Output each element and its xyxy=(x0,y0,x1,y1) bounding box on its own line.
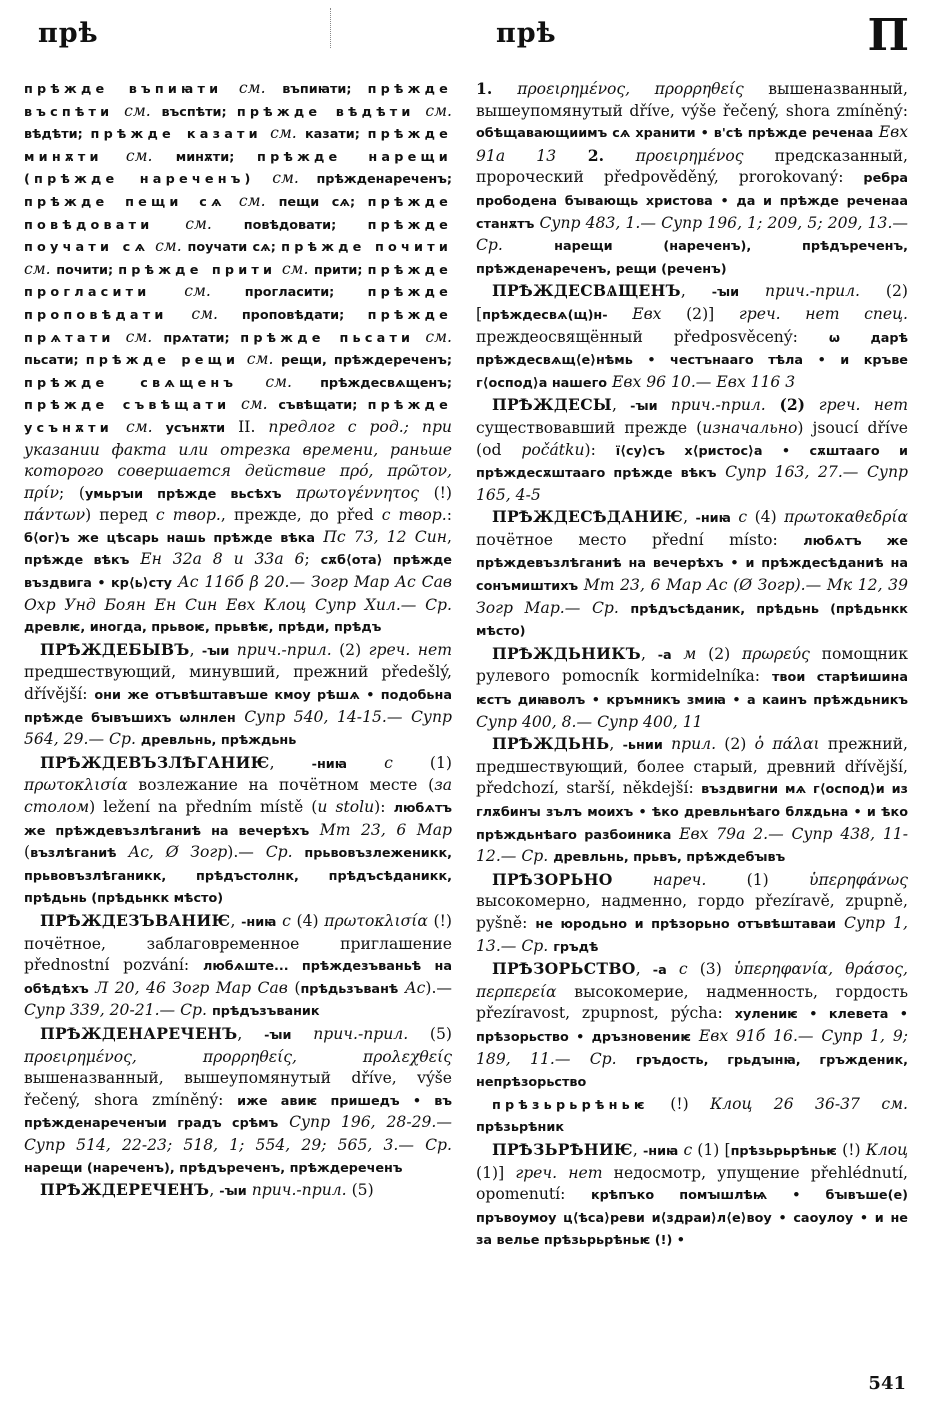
entry-text: -ниꙗ xyxy=(643,1144,678,1159)
entry-text: 1. xyxy=(476,79,517,98)
entry-text: см. xyxy=(153,215,243,233)
entry-text: II. xyxy=(225,418,268,436)
entry-text: см. xyxy=(24,260,56,278)
dictionary-entry: ПРѢЗЬРѢНИѤ, -ниꙗ с (1) [прѣзьрьрѣньѥ (!)… xyxy=(476,1139,908,1252)
entry-text: (1) [ xyxy=(692,1141,730,1159)
entry-text: (!) xyxy=(837,1141,866,1159)
entry-text: см. xyxy=(113,102,161,120)
entry-text: Супр 339, 20-21.— Ср. xyxy=(24,1001,212,1019)
entry-text: (5) xyxy=(347,1181,374,1199)
entry-text: прѣжде вѣдѣти xyxy=(237,105,415,120)
entry-text: преждеосвящённый předposvěcený: xyxy=(476,328,829,346)
entry-text: , xyxy=(190,641,202,659)
entry-text: прѣжде съвѣщати xyxy=(24,398,230,413)
entry-text: (!) xyxy=(649,1095,710,1113)
dictionary-entry: ПРѢЖДЕВЪЗЛѢГАНИѤ, -ниꙗ с (1) πρωτοκλισία… xyxy=(24,752,452,910)
entry-text: počátku xyxy=(521,441,584,459)
entry-text: Ас xyxy=(398,979,425,997)
entry-text: м xyxy=(672,645,697,663)
entry-text: см. xyxy=(230,395,278,413)
entry-headword: ПРѢЖДЕЗЪВАНИѤ xyxy=(40,911,230,930)
entry-text: с xyxy=(667,960,688,978)
entry-text: рещи, прѣждереченъ; xyxy=(281,353,452,368)
entry-text: ; xyxy=(304,550,320,568)
entry-text: (2) xyxy=(716,735,755,753)
entry-headword: ПРѢЖДЕРЕЧЕНЪ xyxy=(40,1180,209,1199)
entry-text: -ьнии xyxy=(623,738,663,753)
entry-text: обѣщавающиимъ сѧ хранити • в'сѣ прѣжде р… xyxy=(476,126,873,141)
entry-text: , xyxy=(681,282,712,300)
entry-text: см. xyxy=(276,260,314,278)
dictionary-entry: ПРѢЖДЕСВѦЩЕНЪ, -ꙑи прич.-прил. (2) [прѣж… xyxy=(476,280,908,394)
entry-text: прич.-прил. xyxy=(658,396,766,414)
entry-text: пьсати; xyxy=(24,353,86,368)
entry-text: нарещи (нареченъ), прѣдъреченъ, прѣждере… xyxy=(24,1161,403,1176)
entry-headword: ПРѢЖДЕСВѦЩЕНЪ xyxy=(492,281,681,300)
entry-text: греч. нет xyxy=(369,641,452,659)
dictionary-entry: 1. προειρημένος, προρρηθείς вышеназванны… xyxy=(476,78,908,280)
dictionary-entry: ПРѢЖДЕБЫВЪ, -ꙑи прич.-прил. (2) греч. не… xyxy=(24,639,452,752)
entry-headword: ПРѢЖДЕСѢДАНИѤ xyxy=(492,507,683,526)
entry-text: см. xyxy=(226,192,279,210)
section-letter: П xyxy=(867,10,910,61)
entry-text: греч. нет xyxy=(515,1164,602,1182)
entry-text: Евх 96 10.— Евх 116 3 xyxy=(607,373,795,391)
entry-text: -а xyxy=(653,963,667,978)
entry-text: ): xyxy=(585,441,616,459)
entry-text: (2) xyxy=(332,641,369,659)
entry-text: , xyxy=(447,528,452,546)
entry-text: почити; xyxy=(56,263,118,278)
entry-text: с xyxy=(276,912,290,930)
entry-text: см. xyxy=(255,169,317,187)
entry-text: -ниꙗ xyxy=(696,511,731,526)
entry-text: с твор. xyxy=(382,506,447,524)
entry-text: , xyxy=(609,735,622,753)
dictionary-entry: прѣжде въпиꙗти см. въпиꙗти; прѣжде въспѣ… xyxy=(24,78,452,639)
entry-text: прѣдъзъваник xyxy=(212,1004,320,1019)
gutter-mark xyxy=(330,8,332,48)
page-number: 541 xyxy=(868,1373,906,1394)
entry-text: существовавший прежде ( xyxy=(476,419,702,437)
entry-text: 2. xyxy=(556,146,636,165)
dictionary-entry: ПРѢЖДЬНИКЪ, -а м (2) πρωρεύς помощник ру… xyxy=(476,643,908,733)
entry-text: прѣзьрѣник xyxy=(476,1120,564,1135)
entry-text: Супр 400, 8.— Супр 400, 11 xyxy=(476,713,703,731)
entry-text: Мт 23, 6 Мар xyxy=(309,821,452,839)
entry-text: см. xyxy=(168,305,242,323)
entry-text: -ꙑи xyxy=(202,644,229,659)
entry-text: , xyxy=(683,508,695,526)
dictionary-entry: ПРѢЖДЕЗЪВАНИѤ, -ниꙗ с (4) πρωτοκλισία (!… xyxy=(24,910,452,1023)
entry-text: πρωρεύς xyxy=(742,645,810,663)
dictionary-entry: ПРѢЖДЕСЫ, -ꙑи прич.-прил. (2) греч. нет … xyxy=(476,394,908,506)
entry-text: -ꙑи xyxy=(264,1028,291,1043)
entry-text: u stolu xyxy=(317,798,374,816)
running-head-left: прѣ xyxy=(38,18,99,49)
entry-text: Л 20, 46 Зогр Мар Сав xyxy=(89,979,288,997)
entry-text: ὁ πάλαι xyxy=(755,735,820,753)
entry-text: с xyxy=(347,754,393,772)
entry-text: прѣжде почити xyxy=(281,240,452,255)
entry-text: (2) xyxy=(766,395,819,414)
entry-text: см. xyxy=(113,418,166,436)
entry-text: см. xyxy=(149,237,187,255)
entry-text: -ꙑи xyxy=(219,1184,246,1199)
entry-text: -а xyxy=(658,648,672,663)
entry-text: -ꙑи xyxy=(630,399,657,414)
entry-text: см. xyxy=(262,124,305,142)
entry-text: поучати сѧ; xyxy=(187,240,281,255)
entry-text: прѣжде казати xyxy=(91,127,262,142)
entry-text: прич.-прил. xyxy=(292,1025,409,1043)
entry-text: прѣжде вѣкъ xyxy=(24,553,129,568)
entry-headword: ПРѢЗОРЬНО xyxy=(492,870,613,889)
entry-text: , xyxy=(633,1141,643,1159)
entry-text: προειρημένος, προρρηθείς xyxy=(517,80,743,98)
entry-text: (4) xyxy=(747,508,784,526)
entry-text: см. xyxy=(150,282,244,300)
entry-text: въспѣти; xyxy=(162,105,237,120)
entry-text: възлѣганиѣ xyxy=(30,846,117,861)
entry-text: Клоц 26 36-37 см. xyxy=(710,1095,908,1113)
entry-text: (3) xyxy=(688,960,734,978)
entry-headword: ПРѢЗОРЬСТВО xyxy=(492,959,636,978)
entry-text: ).— xyxy=(227,843,265,861)
entry-text: см. xyxy=(414,328,452,346)
entry-text: минѫти; xyxy=(176,150,257,165)
entry-text: греч. нет спец. xyxy=(739,305,908,323)
entry-text: Евх xyxy=(608,305,662,323)
entry-text: : xyxy=(447,506,452,524)
entry-headword: ПРѢЖДЕНАРЕЧЕНЪ xyxy=(40,1024,237,1043)
entry-text: Ср. xyxy=(266,843,305,861)
entry-text: -ниꙗ xyxy=(312,757,347,772)
entry-text: , xyxy=(237,1025,264,1043)
entry-text: не юродьно и прѣзорьно отъвѣштаваи xyxy=(535,917,836,932)
entry-text xyxy=(282,484,297,502)
right-column: 1. προειρημένος, προρρηθείς вышеназванны… xyxy=(476,78,908,1252)
left-column: прѣжде въпиꙗти см. въпиꙗти; прѣжде въспѣ… xyxy=(24,78,452,1203)
entry-text: ; ( xyxy=(59,484,85,502)
entry-headword: ПРѢЖДЬНЬ xyxy=(492,734,609,753)
entry-text: прѣжде пещи сѧ xyxy=(24,195,226,210)
entry-text: казати; xyxy=(305,127,368,142)
entry-text: прѣжде свѧщенъ xyxy=(24,376,237,391)
entry-text: (4) xyxy=(291,912,324,930)
entry-text: нареч. xyxy=(613,871,707,889)
entry-text: прѣждесвѧщенъ; xyxy=(320,376,452,391)
entry-text: прогласити; xyxy=(245,285,368,300)
entry-text: въпиꙗти; xyxy=(282,82,367,97)
entry-text: πρωτοκλισία xyxy=(24,776,128,794)
entry-text: ) ležení na předním místě ( xyxy=(89,798,317,816)
entry-headword: ПРѢЖДЬНИКЪ xyxy=(492,644,641,663)
dictionary-entry: ПРѢЖДЕСѢДАНИѤ, -ниꙗ с (4) πρωτοκαθεδρία … xyxy=(476,506,908,643)
entry-text: , xyxy=(641,645,658,663)
entry-text: Клоц xyxy=(866,1141,908,1159)
entry-text: см. xyxy=(222,79,282,97)
entry-text: повѣдовати; xyxy=(244,218,368,233)
entry-text: см. xyxy=(115,328,164,346)
entry-text: см. xyxy=(239,350,281,368)
entry-text: ).— xyxy=(425,979,452,997)
entry-text: гръдѣ xyxy=(553,940,598,955)
entry-text: вѣдѣти; xyxy=(24,127,91,142)
entry-text: (5) xyxy=(408,1025,452,1043)
entry-text: Пс 73, 12 Син xyxy=(315,528,447,546)
entry-text: , xyxy=(209,1181,219,1199)
entry-text: ὑπερηφάνως xyxy=(809,871,908,889)
entry-text: прѣжденареченъ; xyxy=(316,172,452,187)
entry-text: пещи сѧ; xyxy=(279,195,368,210)
dictionary-entry: прѣзьрьрѣньѥ (!) Клоц 26 36-37 см. прѣзь… xyxy=(476,1094,908,1139)
entry-text: Ас, Ø Зогр xyxy=(117,843,228,861)
entry-text: с твор. xyxy=(156,506,221,524)
entry-text: умьрꙑи прѣжде вьсѣхъ xyxy=(85,487,282,502)
entry-text: -ꙑи xyxy=(712,285,739,300)
entry-text: ( xyxy=(288,979,301,997)
entry-text: прѣжде пьсати xyxy=(240,331,414,346)
entry-text: прѣдьзъванѣ xyxy=(300,982,398,997)
entry-headword: ПРѢЗЬРѢНИѤ xyxy=(492,1140,633,1159)
entry-text: см. xyxy=(415,102,452,120)
dictionary-entry: ПРѢЗОРЬНО нареч. (1) ὑπερηφάνως высокоме… xyxy=(476,869,908,958)
dictionary-entry: ПРѢЖДЕРЕЧЕНЪ, -ꙑи прич.-прил. (5) xyxy=(24,1179,452,1203)
entry-text: прил. xyxy=(663,735,716,753)
entry-text: см. xyxy=(237,373,320,391)
entry-text: прич.-прил. xyxy=(247,1181,347,1199)
entry-text: πρωτοκαθεδρία xyxy=(784,508,908,526)
entry-text: съвѣщати; xyxy=(278,398,367,413)
entry-text: , xyxy=(612,396,630,414)
entry-text: почётное место přední místo: xyxy=(476,531,803,549)
entry-text: с xyxy=(731,508,747,526)
entry-text: προειρημένος, προρρηθείς, προλεχθείς xyxy=(24,1048,452,1066)
entry-text: (1)] xyxy=(476,1164,515,1182)
entry-text: , xyxy=(230,912,241,930)
entry-headword: ПРѢЖДЕВЪЗЛѢГАНИѤ xyxy=(40,753,270,772)
entry-text: прѣзьрьрѣньѥ xyxy=(492,1098,649,1113)
entry-headword: ПРѢЖДЕБЫВЪ xyxy=(40,640,190,659)
entry-text: с xyxy=(678,1141,692,1159)
entry-text: прѣжде прити xyxy=(118,263,276,278)
entry-text: прич.-прил. xyxy=(229,641,331,659)
entry-text: прѧтати; xyxy=(163,331,240,346)
entry-text: древльнь, прѣждьнь xyxy=(141,733,297,748)
entry-text: προειρημένος xyxy=(636,147,744,165)
entry-text: прич.-прил. xyxy=(739,282,860,300)
dictionary-entry: ПРѢЗОРЬСТВО, -а с (3) ὑπερηφανία, θράσος… xyxy=(476,958,908,1094)
entry-text: древлѥ, иногда, прьвоѥ, прьвѣѥ, прѣди, п… xyxy=(24,620,381,635)
entry-text: πάντων xyxy=(24,506,85,524)
entry-text: прити; xyxy=(314,263,368,278)
entry-text: прѣждесвѧ(щ)н- xyxy=(482,308,608,323)
dictionary-entry: ПРѢЖДЬНЬ, -ьнии прил. (2) ὁ πάλαι прежни… xyxy=(476,733,908,869)
entry-text: древльнь, прьвъ, прѣждебꙑвъ xyxy=(553,850,785,865)
dictionary-entry: ПРѢЖДЕНАРЕЧЕНЪ, -ꙑи прич.-прил. (5) προε… xyxy=(24,1023,452,1179)
entry-text: (!) xyxy=(419,484,452,502)
entry-text: прѣжде рещи xyxy=(86,353,239,368)
entry-text: б⟨ог⟩ъ же цѣсарь нашь прѣжде вѣка xyxy=(24,531,315,546)
entry-text: Ен 32а 8 и 33а 6 xyxy=(129,550,304,568)
entry-text: греч. нет xyxy=(819,396,908,414)
entry-text: (2) xyxy=(696,645,742,663)
entry-text: ): xyxy=(374,798,393,816)
entry-text: прѣзьрьрѣньѥ xyxy=(731,1144,837,1159)
entry-text: , xyxy=(270,754,312,772)
running-head-center: прѣ xyxy=(496,18,557,49)
entry-text: πρωτοκλισία xyxy=(324,912,428,930)
entry-text: πρωτογέννητος xyxy=(296,484,419,502)
entry-text: прѣжде въпиꙗти xyxy=(24,82,222,97)
entry-text: -ниꙗ xyxy=(241,915,276,930)
entry-text: , xyxy=(636,960,653,978)
entry-text: (1) xyxy=(393,754,452,772)
entry-headword: ПРѢЖДЕСЫ xyxy=(492,395,612,414)
entry-text: (1) xyxy=(706,871,809,889)
entry-text: (2)] xyxy=(661,305,738,323)
entry-text: , прежде, до před xyxy=(221,506,382,524)
entry-text: ) перед xyxy=(85,506,156,524)
entry-text: возлежание на почётном месте ( xyxy=(128,776,435,794)
entry-text: усънѫти xyxy=(166,421,226,436)
entry-text: см. xyxy=(103,147,176,165)
entry-text: проповѣдати; xyxy=(242,308,368,323)
entry-text: изначально xyxy=(702,419,797,437)
